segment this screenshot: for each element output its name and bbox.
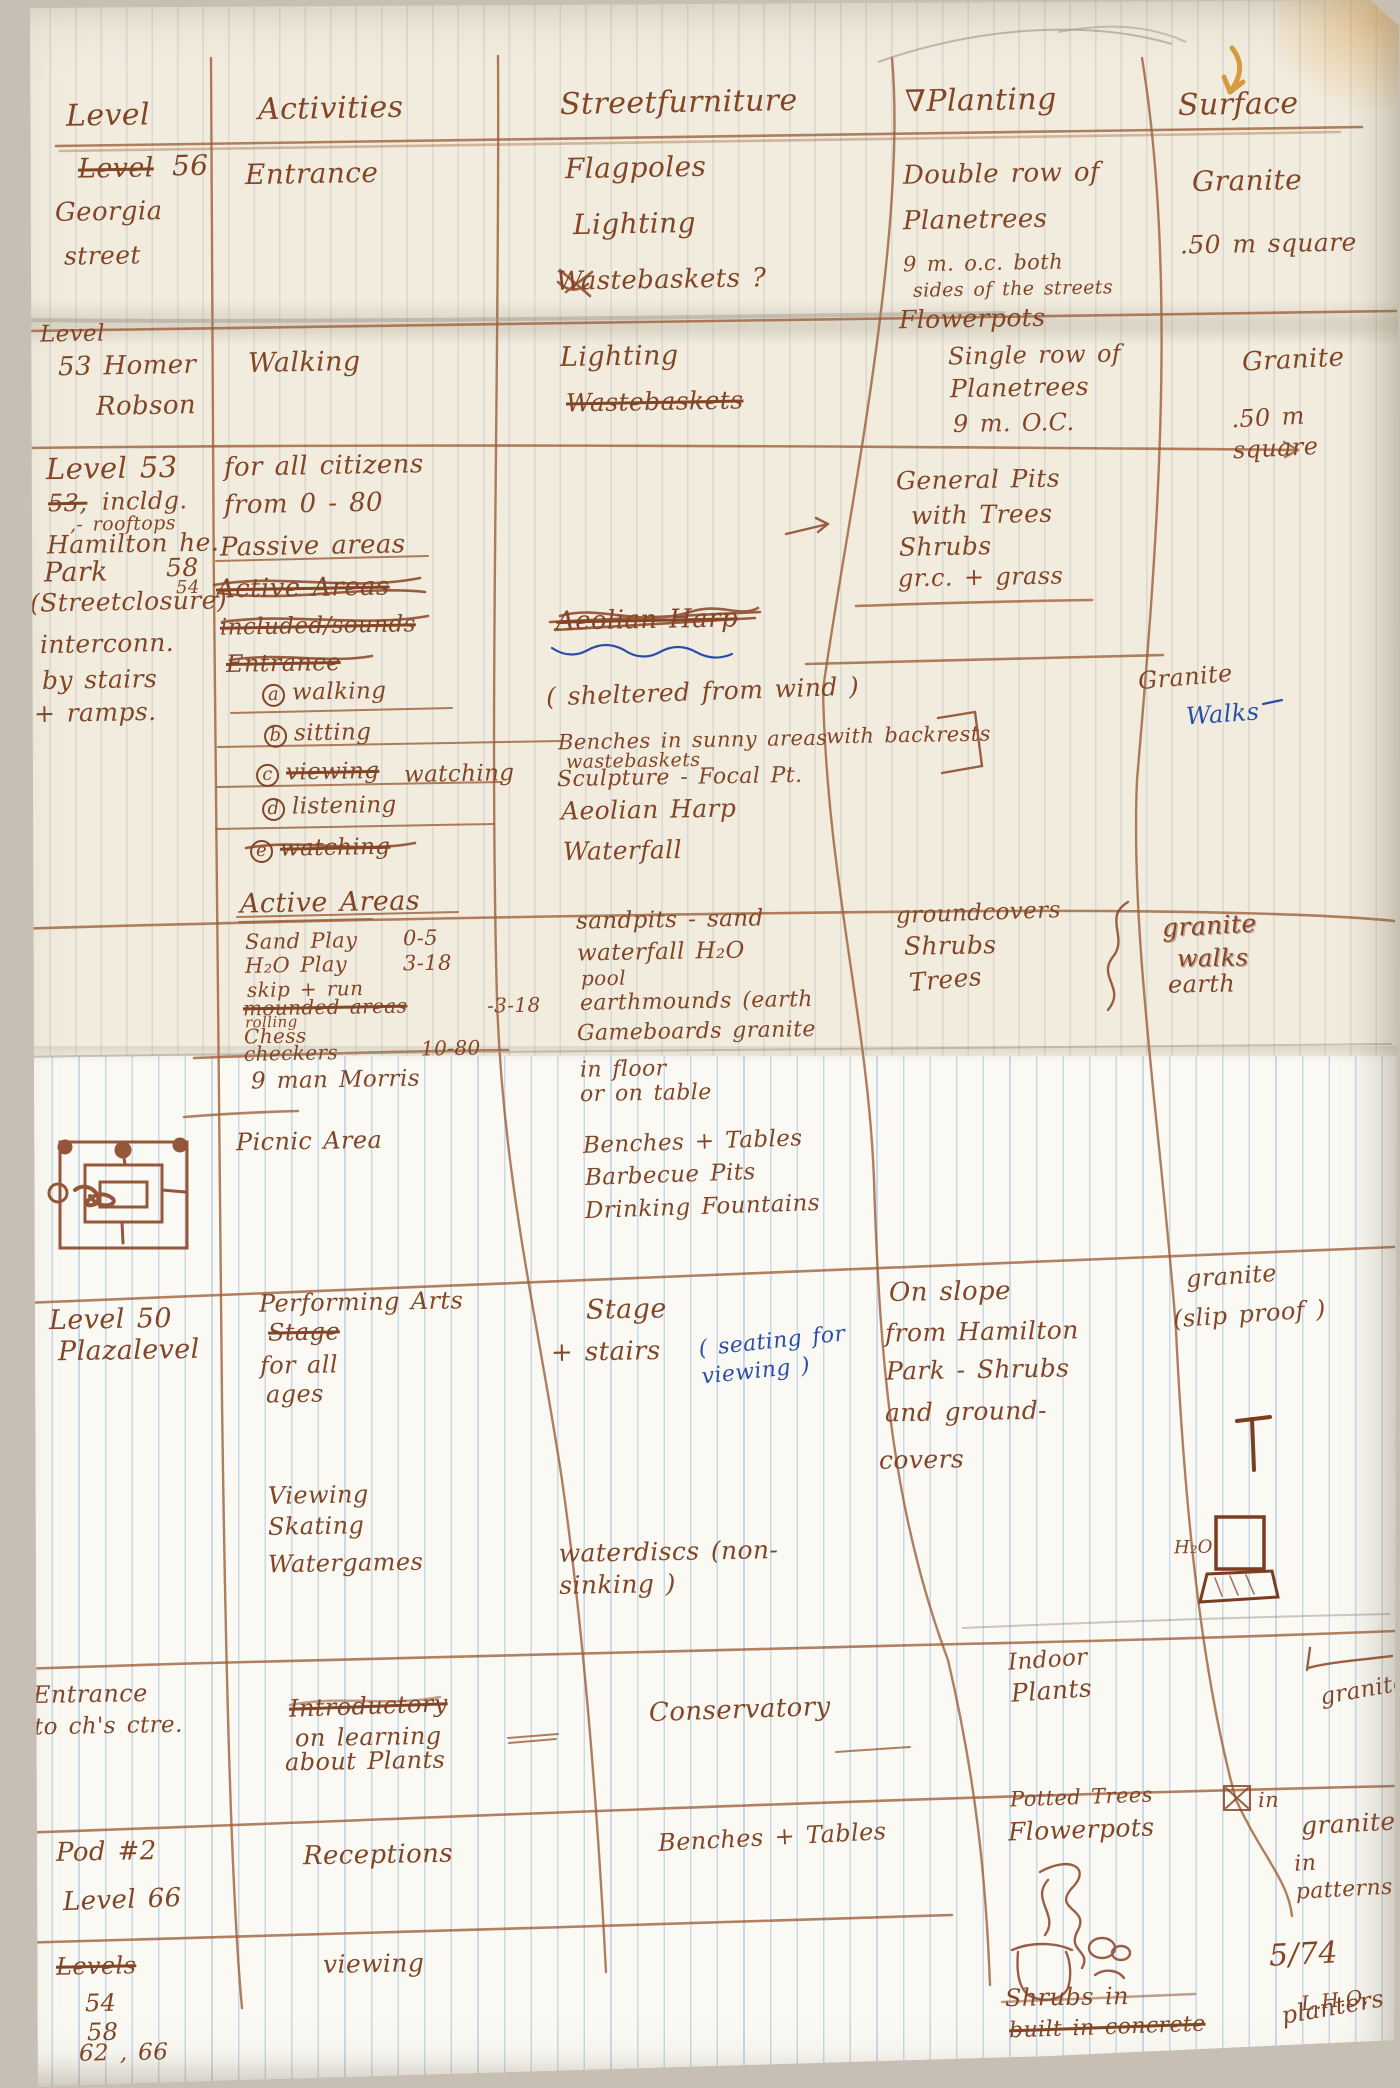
active-surface-earth: earth (1168, 968, 1236, 1000)
row1-level-word-text: Level (78, 152, 154, 184)
row3-activity-a-walking-text: walking (292, 678, 387, 706)
row2-level-word: Level (40, 319, 105, 350)
row1-street-lighting-text: Lighting (573, 206, 696, 241)
entrance-row-intro-struck: Introductory (289, 1688, 449, 1724)
active-surface-granite-text: granite (1161, 909, 1257, 943)
row2-planting-singlerow: Single row of (948, 338, 1122, 372)
level50-plaza: Plazalevel (58, 1333, 200, 1370)
row3-activity-entrance-struck: Entrance (226, 647, 341, 680)
active-surface-granite: granite (1161, 908, 1257, 945)
header-surface-text: Surface (1178, 86, 1299, 123)
entrance-row-conservatory: Conservatory (648, 1691, 831, 1731)
row3-street-backrests-text: with backrests (826, 722, 991, 749)
active-mounded-age: -3-18 (487, 993, 541, 1020)
row2-level-robson-text: Robson (96, 390, 197, 422)
level50-h2o-label-text: H₂O (1174, 1537, 1213, 1559)
row1-level-56: 56 (172, 148, 209, 184)
row1-surface-module-text: .50 m square (1180, 227, 1357, 259)
level50-parkshrubs: Park - Shrubs (886, 1352, 1070, 1387)
active-street-gameboards: Gameboards granite (577, 1016, 816, 1048)
level50-stairs: + stairs (551, 1335, 661, 1370)
row1-level-georgia-text: Georgia (55, 196, 163, 228)
bottom-builtin-struck: built in concrete (1009, 2011, 1206, 2046)
level50-seating-note-text: ( seating for viewing ) (698, 1321, 847, 1389)
row3-activity-c-viewing-text: viewing (286, 758, 380, 786)
level50-ages: ages (266, 1378, 324, 1410)
signature-initials-text: L.H.O, (1300, 1985, 1370, 2016)
header-level: Level (66, 96, 151, 136)
row2-planting-planetrees: Planetrees (950, 371, 1090, 405)
level50-covers-text: covers (879, 1444, 965, 1474)
level50-onslope-text: On slope (889, 1276, 1011, 1308)
active-h2oplay-text: H₂O Play (245, 952, 347, 978)
row2-planting-spacing: 9 m. O.C. (953, 407, 1075, 440)
entrance-row-conservatory-text: Conservatory (649, 1692, 832, 1728)
level50-granite-text: granite (1185, 1259, 1278, 1293)
level50-skating-text: Skating (268, 1511, 365, 1541)
active-street-earthmounds-text: earthmounds (earth (580, 987, 813, 1016)
row3-activity-sounds-struck: included/sounds (220, 610, 416, 643)
level50-h2o-label: H₂O (1174, 1536, 1213, 1560)
level50-viewing-text: Viewing (268, 1480, 369, 1510)
level50-waterdiscs: waterdiscs (non- sinking ) (558, 1534, 779, 1602)
active-picnic: Picnic Area (236, 1125, 383, 1158)
active-9man-morris: 9 man Morris (251, 1065, 420, 1097)
row3-level-park-text: Park (44, 556, 108, 588)
pod-row-patterns-text: in patterns (1294, 1851, 1394, 1905)
row3-level-bystairs: by stairs (42, 663, 158, 697)
row3-street-sculpture-text: Sculpture - Focal Pt. (557, 763, 803, 792)
bottom-6266-text: 62 , 66 (79, 2039, 169, 2067)
row3-level-53-text: Level 53 (46, 450, 178, 486)
active-street-pool-text: pool (581, 966, 626, 991)
active-street-barbecue-text: Barbecue Pits (585, 1159, 756, 1191)
level50-watergames: Watergames (268, 1547, 424, 1580)
active-heading: Active Areas (240, 884, 421, 922)
row3-activity-c-watching-text: watching (404, 760, 515, 788)
row3-planting-withtrees: with Trees (911, 498, 1053, 532)
level50-performing: Performing Arts (259, 1285, 464, 1319)
row1-planting-doublerow: Double row of (903, 156, 1100, 193)
level50-andground: and ground- (885, 1395, 1048, 1430)
bottom-viewing-text: viewing (323, 1948, 425, 1979)
active-street-infloor-text: in floor (580, 1056, 667, 1083)
active-9man-morris-text: 9 man Morris (251, 1066, 420, 1095)
scanned-notes-page: LevelActivitiesStreetfurniture∇PlantingS… (0, 0, 1400, 2088)
row3-activity-passive-text: Passive areas (220, 529, 406, 562)
active-checkers: checkers (244, 1040, 339, 1067)
row3-level-ramps: + ramps. (34, 696, 157, 730)
active-h2oplay-age-text: 3-18 (403, 951, 452, 976)
row1-street-flagpoles-text: Flagpoles (565, 150, 707, 185)
row2-activity-walking: Walking (248, 345, 361, 382)
level50-level-text: Level 50 (49, 1303, 172, 1336)
header-planting: ∇Planting (905, 81, 1057, 122)
level50-parkshrubs-text: Park - Shrubs (886, 1353, 1070, 1385)
row3-activity-entrance-struck-text: Entrance (226, 648, 341, 678)
row3-level-streetclosure-text: (Streetclosure) (30, 585, 227, 617)
active-mounded-age-text: -3-18 (487, 993, 541, 1018)
entrance-row-about-text: about Plants (285, 1746, 446, 1777)
active-street-earthmounds: earthmounds (earth (580, 986, 813, 1018)
active-planting-trees: Trees (908, 961, 984, 999)
bottom-6266: 62 , 66 (79, 2038, 169, 2069)
pod-row-in-text: in (1258, 1788, 1279, 1812)
row1-level-word: Level (78, 151, 154, 187)
row3-street-waterfall: Waterfall (563, 834, 683, 868)
pod-row-patterns: in patterns (1294, 1845, 1400, 1907)
row3-street-sheltered-text: ( sheltered from wind ) (546, 672, 860, 712)
pod-row-potted: Potted Trees (1010, 1782, 1154, 1814)
row3-activity-c-viewing: cviewing (256, 757, 380, 789)
row3-planting-grass: gr.c. + grass (898, 561, 1064, 595)
level50-waterdiscs-text: waterdiscs (non- sinking ) (558, 1535, 778, 1600)
row2-activity-walking-text: Walking (248, 346, 361, 379)
active-street-waterfall: waterfall H₂O (577, 937, 745, 969)
pod-row-granite: granite (1300, 1806, 1396, 1843)
level50-watergames-text: Watergames (268, 1548, 424, 1579)
row3-street-aeolian-struck: Aeolian Harp (556, 602, 739, 638)
entrance-row-ctre: to ch's ctre. (34, 1711, 183, 1743)
row3-activity-active-struck-text: Active Areas (216, 571, 390, 604)
row2-level-robson: Robson (96, 389, 197, 424)
active-heading-text: Active Areas (240, 885, 421, 919)
row2-planting-planetrees-text: Planetrees (950, 372, 1090, 403)
entrance-row-granite: granite (1318, 1669, 1400, 1713)
row3-activity-e-watching: ewatching (250, 833, 391, 865)
pod-row-pod2: Pod #2 (56, 1835, 157, 1870)
level50-stage-text: Stage (586, 1293, 667, 1325)
row3-planting-grass-text: gr.c. + grass (898, 562, 1064, 593)
row1-level-56-text: 56 (172, 149, 209, 183)
entrance-row-about: about Plants (285, 1745, 446, 1779)
active-street-drinking: Drinking Fountains (585, 1189, 821, 1227)
row3-planting-shrubs: Shrubs (899, 530, 992, 564)
level50-granite: granite (1185, 1258, 1278, 1295)
bottom-54-text: 54 (85, 1989, 117, 2018)
row2-level-word-text: Level (40, 320, 105, 347)
row3-activity-b-sitting-text: sitting (294, 719, 372, 746)
active-street-pool: pool (581, 966, 626, 992)
row1-planting-flowerpots-text: Flowerpots (899, 303, 1046, 335)
row2-surface-module-text: .50 m square (1231, 402, 1319, 464)
pod-row-receptions: Receptions (303, 1838, 454, 1874)
row3-planting-shrubs-text: Shrubs (899, 531, 992, 562)
header-surface: Surface (1178, 85, 1299, 125)
active-planting-shrubs: Shrubs (904, 929, 997, 963)
row3-planting-generalpits: General Pits (896, 463, 1060, 498)
signature-date: 5/74 (1268, 1934, 1339, 1976)
row1-surface-granite-text: Granite (1192, 163, 1303, 198)
pod-row-benches-text: Benches + Tables (657, 1817, 887, 1857)
pod-row-pod2-text: Pod #2 (56, 1836, 157, 1868)
row2-street-lighting: Lighting (560, 339, 679, 376)
level50-ages-text: ages (266, 1379, 324, 1408)
row1-planting-spacing: 9 m. o.c. both (903, 249, 1063, 279)
level50-plaza-text: Plazalevel (58, 1334, 200, 1367)
active-street-benches-text: Benches + Tables (583, 1125, 803, 1159)
active-h2oplay: H₂O Play (245, 951, 348, 980)
active-street-sandpits: sandpits - sand (576, 904, 764, 937)
row3-street-backrests: with backrests (826, 721, 991, 751)
row1-planting-sides-text: sides of the streets (913, 276, 1113, 301)
level50-andground-text: and ground- (885, 1396, 1047, 1428)
row1-planting-flowerpots: Flowerpots (899, 302, 1046, 337)
paper-sheet: LevelActivitiesStreetfurniture∇PlantingS… (0, 0, 1400, 2088)
row3-activity-ages: from 0 - 80 (224, 487, 384, 523)
row1-street-flagpoles: Flagpoles (565, 149, 707, 187)
bottom-54: 54 (85, 1988, 117, 2019)
entrance-row-entrance: Entrance (33, 1678, 148, 1711)
row1-planting-doublerow-text: Double row of (903, 157, 1100, 190)
header-activities: Activities (258, 89, 404, 130)
active-street-sandpits-text: sandpits - sand (576, 905, 764, 934)
active-street-benches: Benches + Tables (583, 1124, 803, 1161)
row3-level-interconn: interconn. (40, 627, 175, 661)
row3-activity-passive: Passive areas (220, 528, 406, 564)
level50-forall: for all (260, 1349, 338, 1381)
bottom-levels-struck: Levels (56, 1950, 137, 1982)
row3-street-aeolian-struck-text: Aeolian Harp (556, 603, 739, 636)
active-street-drinking-text: Drinking Fountains (585, 1190, 821, 1224)
row3-planting-withtrees-text: with Trees (911, 499, 1053, 530)
circled-letter: a (262, 684, 285, 707)
row3-surface-walks: Walks (1185, 696, 1260, 732)
row2-planting-spacing-text: 9 m. O.C. (953, 408, 1075, 438)
header-level-text: Level (66, 97, 151, 133)
row3-street-aeolian: Aeolian Harp (561, 792, 737, 827)
bottom-builtin-struck-text: built in concrete (1009, 2012, 1206, 2044)
bottom-shrubsin-text: Shrubs in (1005, 1982, 1129, 2012)
row3-level-interconn-text: interconn. (40, 628, 175, 659)
row3-street-sculpture: Sculpture - Focal Pt. (557, 762, 803, 794)
active-street-ontable: or on table (580, 1079, 712, 1109)
row1-surface-module: .50 m square (1180, 226, 1357, 261)
active-h2oplay-age: 3-18 (403, 950, 452, 978)
active-checkers-age-text: 10-80 (421, 1035, 481, 1060)
header-activities-text: Activities (258, 90, 404, 128)
header-streetfurniture-text: Streetfurniture (560, 83, 798, 122)
level50-stage: Stage (586, 1292, 667, 1328)
active-sandplay-text: Sand Play (245, 928, 358, 954)
entrance-row-indoor-text: Indoor (1007, 1644, 1088, 1675)
row2-street-wastebaskets: Wastebaskets (566, 384, 744, 419)
entrance-row-plants: Plants (1010, 1672, 1093, 1710)
level50-seating-note: ( seating for viewing ) (697, 1320, 849, 1391)
active-street-ontable-text: or on table (580, 1080, 712, 1107)
pod-row-flowerpots: Flowerpots (1007, 1811, 1154, 1848)
row3-activity-d-listening-text: listening (292, 792, 397, 820)
pod-row-level66: Level 66 (62, 1882, 182, 1919)
level50-fromhamilton-text: from Hamilton (885, 1315, 1079, 1347)
row1-planting-spacing-text: 9 m. o.c. both (903, 250, 1063, 277)
entrance-row-granite-text: granite (1318, 1670, 1400, 1711)
row1-level-street-text: street (64, 240, 141, 270)
pod-row-receptions-text: Receptions (303, 1839, 454, 1872)
row3-street-aeolian-text: Aeolian Harp (561, 793, 737, 825)
row3-planting-generalpits-text: General Pits (896, 464, 1060, 496)
row2-level-53homer-text: 53 Homer (58, 350, 197, 382)
row2-planting-singlerow-text: Single row of (948, 339, 1122, 370)
active-planting-groundcovers-text: groundcovers (896, 897, 1062, 929)
level50-fromhamilton: from Hamilton (885, 1314, 1079, 1349)
header-streetfurniture: Streetfurniture (560, 82, 798, 125)
pod-row-flowerpots-text: Flowerpots (1008, 1812, 1155, 1846)
level50-forall-text: for all (260, 1350, 338, 1379)
entrance-row-plants-text: Plants (1010, 1673, 1093, 1708)
row1-planting-sides: sides of the streets (913, 275, 1113, 303)
entrance-row-intro-struck-text: Introductory (289, 1689, 449, 1723)
row3-level-bystairs-text: by stairs (42, 664, 158, 695)
circled-letter: c (256, 764, 279, 787)
row1-surface-granite: Granite (1192, 162, 1303, 200)
active-checkers-age: 10-80 (421, 1035, 481, 1062)
active-checkers-text: checkers (244, 1040, 339, 1066)
pod-row-benches: Benches + Tables (657, 1816, 887, 1859)
signature-date-text: 5/74 (1268, 1935, 1339, 1974)
active-planting-trees-text: Trees (908, 962, 983, 997)
row3-level-streetclosure: (Streetclosure) (30, 584, 228, 619)
active-planting-groundcovers: groundcovers (896, 896, 1062, 931)
active-planting-shrubs-text: Shrubs (904, 930, 997, 961)
row3-street-sheltered: ( sheltered from wind ) (546, 671, 860, 714)
bottom-viewing: viewing (323, 1947, 425, 1981)
level50-performing-text: Performing Arts (259, 1286, 464, 1318)
row3-level-ramps-text: + ramps. (34, 697, 157, 728)
level50-stage-struck: Stage (268, 1316, 340, 1348)
circled-letter: b (264, 725, 287, 748)
row3-activity-ages-text: from 0 - 80 (224, 488, 383, 521)
header-planting-text: ∇Planting (905, 82, 1057, 120)
handwriting-layer: LevelActivitiesStreetfurniture∇PlantingS… (0, 0, 1400, 2088)
row2-street-lighting-text: Lighting (560, 340, 679, 373)
circled-letter: e (250, 840, 273, 863)
row3-activity-sounds-struck-text: included/sounds (220, 611, 416, 640)
active-sandplay-age-text: 0-5 (403, 926, 438, 951)
row1-street-wastebaskets-text: Wastebaskets ? (556, 263, 767, 297)
active-sandplay-age: 0-5 (403, 925, 438, 952)
row3-street-waterfall-text: Waterfall (563, 835, 682, 866)
entrance-row-ctre-text: to ch's ctre. (34, 1712, 183, 1741)
row1-level-georgia: Georgia (55, 195, 163, 230)
row3-activity-a-walking: awalking (262, 677, 387, 709)
active-street-waterfall-text: waterfall H₂O (577, 938, 745, 967)
row3-surface-walks-text: Walks (1185, 697, 1260, 730)
row3-activity-c-watching: watching (404, 759, 515, 790)
level50-slipproof: (slip proof ) (1172, 1294, 1327, 1335)
row1-street-lighting: Lighting (573, 205, 696, 243)
active-surface-earth-text: earth (1168, 969, 1236, 998)
active-picnic-text: Picnic Area (236, 1126, 383, 1157)
row3-activity-e-watching-text: watching (280, 834, 391, 862)
active-street-gameboards-text: Gameboards granite (577, 1017, 816, 1046)
row3-activity-active-struck: Active Areas (216, 570, 390, 606)
row1-activity-entrance: Entrance (245, 155, 379, 193)
row2-surface-granite: Granite (1241, 341, 1345, 380)
pod-row-level66-text: Level 66 (62, 1883, 182, 1917)
row3-activity-b-sitting: bsitting (264, 718, 372, 749)
active-street-barbecue: Barbecue Pits (585, 1158, 757, 1193)
level50-onslope: On slope (889, 1275, 1011, 1310)
pod-row-granite-text: granite (1300, 1807, 1396, 1841)
row2-surface-module: .50 m square (1231, 396, 1400, 466)
row3-surface-granite: Granite (1137, 658, 1234, 697)
level50-stage-struck-text: Stage (268, 1317, 340, 1346)
row3-level-53: Level 53 (46, 449, 178, 488)
row1-street-wastebaskets: Wastebaskets ? (556, 262, 767, 299)
bottom-levels-struck-text: Levels (56, 1951, 137, 1980)
circled-letter: d (262, 798, 285, 821)
row2-level-53homer: 53 Homer (58, 349, 197, 385)
level50-slipproof-text: (slip proof ) (1172, 1295, 1326, 1334)
row2-street-wastebaskets-text: Wastebaskets (566, 385, 744, 417)
level50-stairs-text: + stairs (551, 1336, 661, 1368)
pod-row-in: in (1258, 1787, 1280, 1814)
row1-planting-planetrees: Planetrees (903, 203, 1048, 239)
pod-row-potted-text: Potted Trees (1010, 1783, 1154, 1812)
row1-planting-planetrees-text: Planetrees (903, 204, 1048, 237)
row1-level-street: street (64, 239, 141, 272)
entrance-row-entrance-text: Entrance (33, 1679, 148, 1709)
row3-activity-forall: for all citizens (224, 448, 424, 485)
row1-activity-entrance-text: Entrance (245, 156, 379, 191)
row2-surface-granite-text: Granite (1241, 342, 1345, 377)
row3-activity-d-listening: dlistening (262, 791, 397, 823)
row3-surface-granite-text: Granite (1137, 659, 1234, 695)
row3-activity-forall-text: for all citizens (224, 449, 424, 482)
level50-viewing: Viewing (268, 1479, 369, 1511)
bottom-shrubsin: Shrubs in (1005, 1981, 1129, 2014)
level50-skating: Skating (268, 1510, 365, 1542)
level50-covers: covers (879, 1443, 965, 1476)
